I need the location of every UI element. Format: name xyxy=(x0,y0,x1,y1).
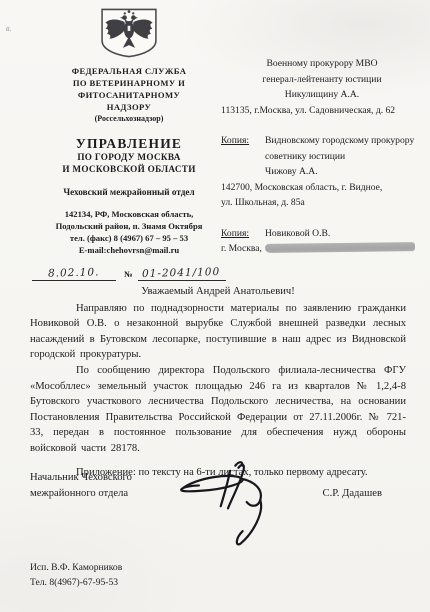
department-name: Чеховский межрайонный отдел xyxy=(26,186,232,198)
executor-phone: Тел. 8(4967)-67-95-53 xyxy=(30,575,122,590)
org-name-line: ПО ВЕТЕРИНАРНОМУ И xyxy=(26,77,232,89)
copy-recipient-2: Копия: Новиковой О.В. г. Москва, xyxy=(221,226,423,257)
recipient-name: Новиковой О.В. xyxy=(265,226,423,242)
recipient-city: г. Москва, xyxy=(221,243,262,254)
doc-date-number-row: 8.02.10. № 01-2041/100 xyxy=(26,267,232,281)
sender-address-line: E-mail:chehovrsn@mail.ru xyxy=(26,244,232,256)
copy-recipient-lines: Видновскому городскому прокурору советни… xyxy=(265,133,423,180)
recipient-name: Чижову А.А. xyxy=(265,164,423,180)
org-name-line: ФЕДЕРАЛЬНАЯ СЛУЖБА xyxy=(26,65,232,77)
sender-address-line: 142134, РФ, Московская область, xyxy=(26,208,232,220)
doc-date-field: 8.02.10. xyxy=(32,267,116,281)
org-name: ФЕДЕРАЛЬНАЯ СЛУЖБА ПО ВЕТЕРИНАРНОМУ И ФИ… xyxy=(26,65,232,113)
primary-recipient: Военному прокурору МВО генерал-лейтенант… xyxy=(221,56,423,118)
recipients-block: Военному прокурору МВО генерал-лейтенант… xyxy=(221,56,423,257)
recipient-address: 113135, г.Москва, ул. Садовническая, д. … xyxy=(221,103,423,119)
signer-title-line: Начальник Чеховского xyxy=(30,470,132,486)
redacted-address-bar xyxy=(265,242,415,253)
handwritten-date: 8.02.10. xyxy=(48,266,100,279)
recipient-name: Никулищину А.А. xyxy=(221,87,423,103)
recipient-line: генерал-лейтенанту юстиции xyxy=(221,72,423,88)
recipient-line: советнику юстиции xyxy=(265,149,423,165)
signer-title-line: межрайонного отдела xyxy=(30,486,132,502)
division-subtitle-line: ПО ГОРОДУ МОСКВА xyxy=(26,151,232,163)
body-paragraph-2: По сообщению директора Подольского филиа… xyxy=(30,363,406,457)
executor-block: Исп. В.Ф. Каморников Тел. 8(4967)-67-95-… xyxy=(30,560,122,590)
org-name-line: НАДЗОРУ xyxy=(26,101,232,113)
sender-letterhead: ФЕДЕРАЛЬНАЯ СЛУЖБА ПО ВЕТЕРИНАРНОМУ И ФИ… xyxy=(26,8,232,281)
body-paragraph-1: Направляю по поднадзорности материалы по… xyxy=(30,301,406,363)
recipient-line: Видновскому городскому прокурору xyxy=(265,133,423,149)
sender-address-line: тел. (факс) 8 (4967) 67 – 95 – 53 xyxy=(26,232,232,244)
number-sign: № xyxy=(124,269,133,279)
recipient-address-line: 142700, Московская область, г. Видное, xyxy=(221,180,423,196)
recipient-line: Военному прокурору МВО xyxy=(221,56,423,72)
coat-of-arms-icon xyxy=(100,8,158,58)
recipient-address-line: г. Москва, xyxy=(221,241,423,257)
division-title: УПРАВЛЕНИЕ xyxy=(26,136,232,151)
handwritten-signature-icon xyxy=(176,448,280,552)
executor-name: Исп. В.Ф. Каморников xyxy=(30,560,122,575)
recipient-address-line: ул. Школьная, д. 85а xyxy=(221,195,423,211)
scanned-letter-page: в. ФЕДЕРАЛЬНАЯ СЛУЖБА ПО ВЕТЕ xyxy=(0,0,430,612)
copy-label: Копия: xyxy=(221,133,265,180)
doc-number-field: 01-2041/100 xyxy=(138,267,226,281)
signer-name: С.Р. Дадашев xyxy=(323,486,382,502)
copy-recipient-1: Копия: Видновскому городскому прокурору … xyxy=(221,133,423,211)
copy-row: Копия: Новиковой О.В. xyxy=(221,226,423,242)
org-name-line: ФИТОСАНИТАРНОМУ xyxy=(26,89,232,101)
signer-title: Начальник Чеховского межрайонного отдела xyxy=(30,470,132,502)
org-short-name: (Россельхознадзор) xyxy=(26,113,232,125)
salutation: Уважаемый Андрей Анатольевич! xyxy=(30,284,406,300)
division-subtitle-line: И МОСКОВСКОЙ ОБЛАСТИ xyxy=(26,163,232,175)
copy-row: Копия: Видновскому городскому прокурору … xyxy=(221,133,423,180)
sender-address: 142134, РФ, Московская область, Подольск… xyxy=(26,208,232,256)
copy-label: Копия: xyxy=(221,226,265,242)
handwritten-number: 01-2041/100 xyxy=(142,266,221,280)
scan-artifact: в. xyxy=(6,24,11,33)
sender-address-line: Подольский район, п. Знамя Октября xyxy=(26,220,232,232)
